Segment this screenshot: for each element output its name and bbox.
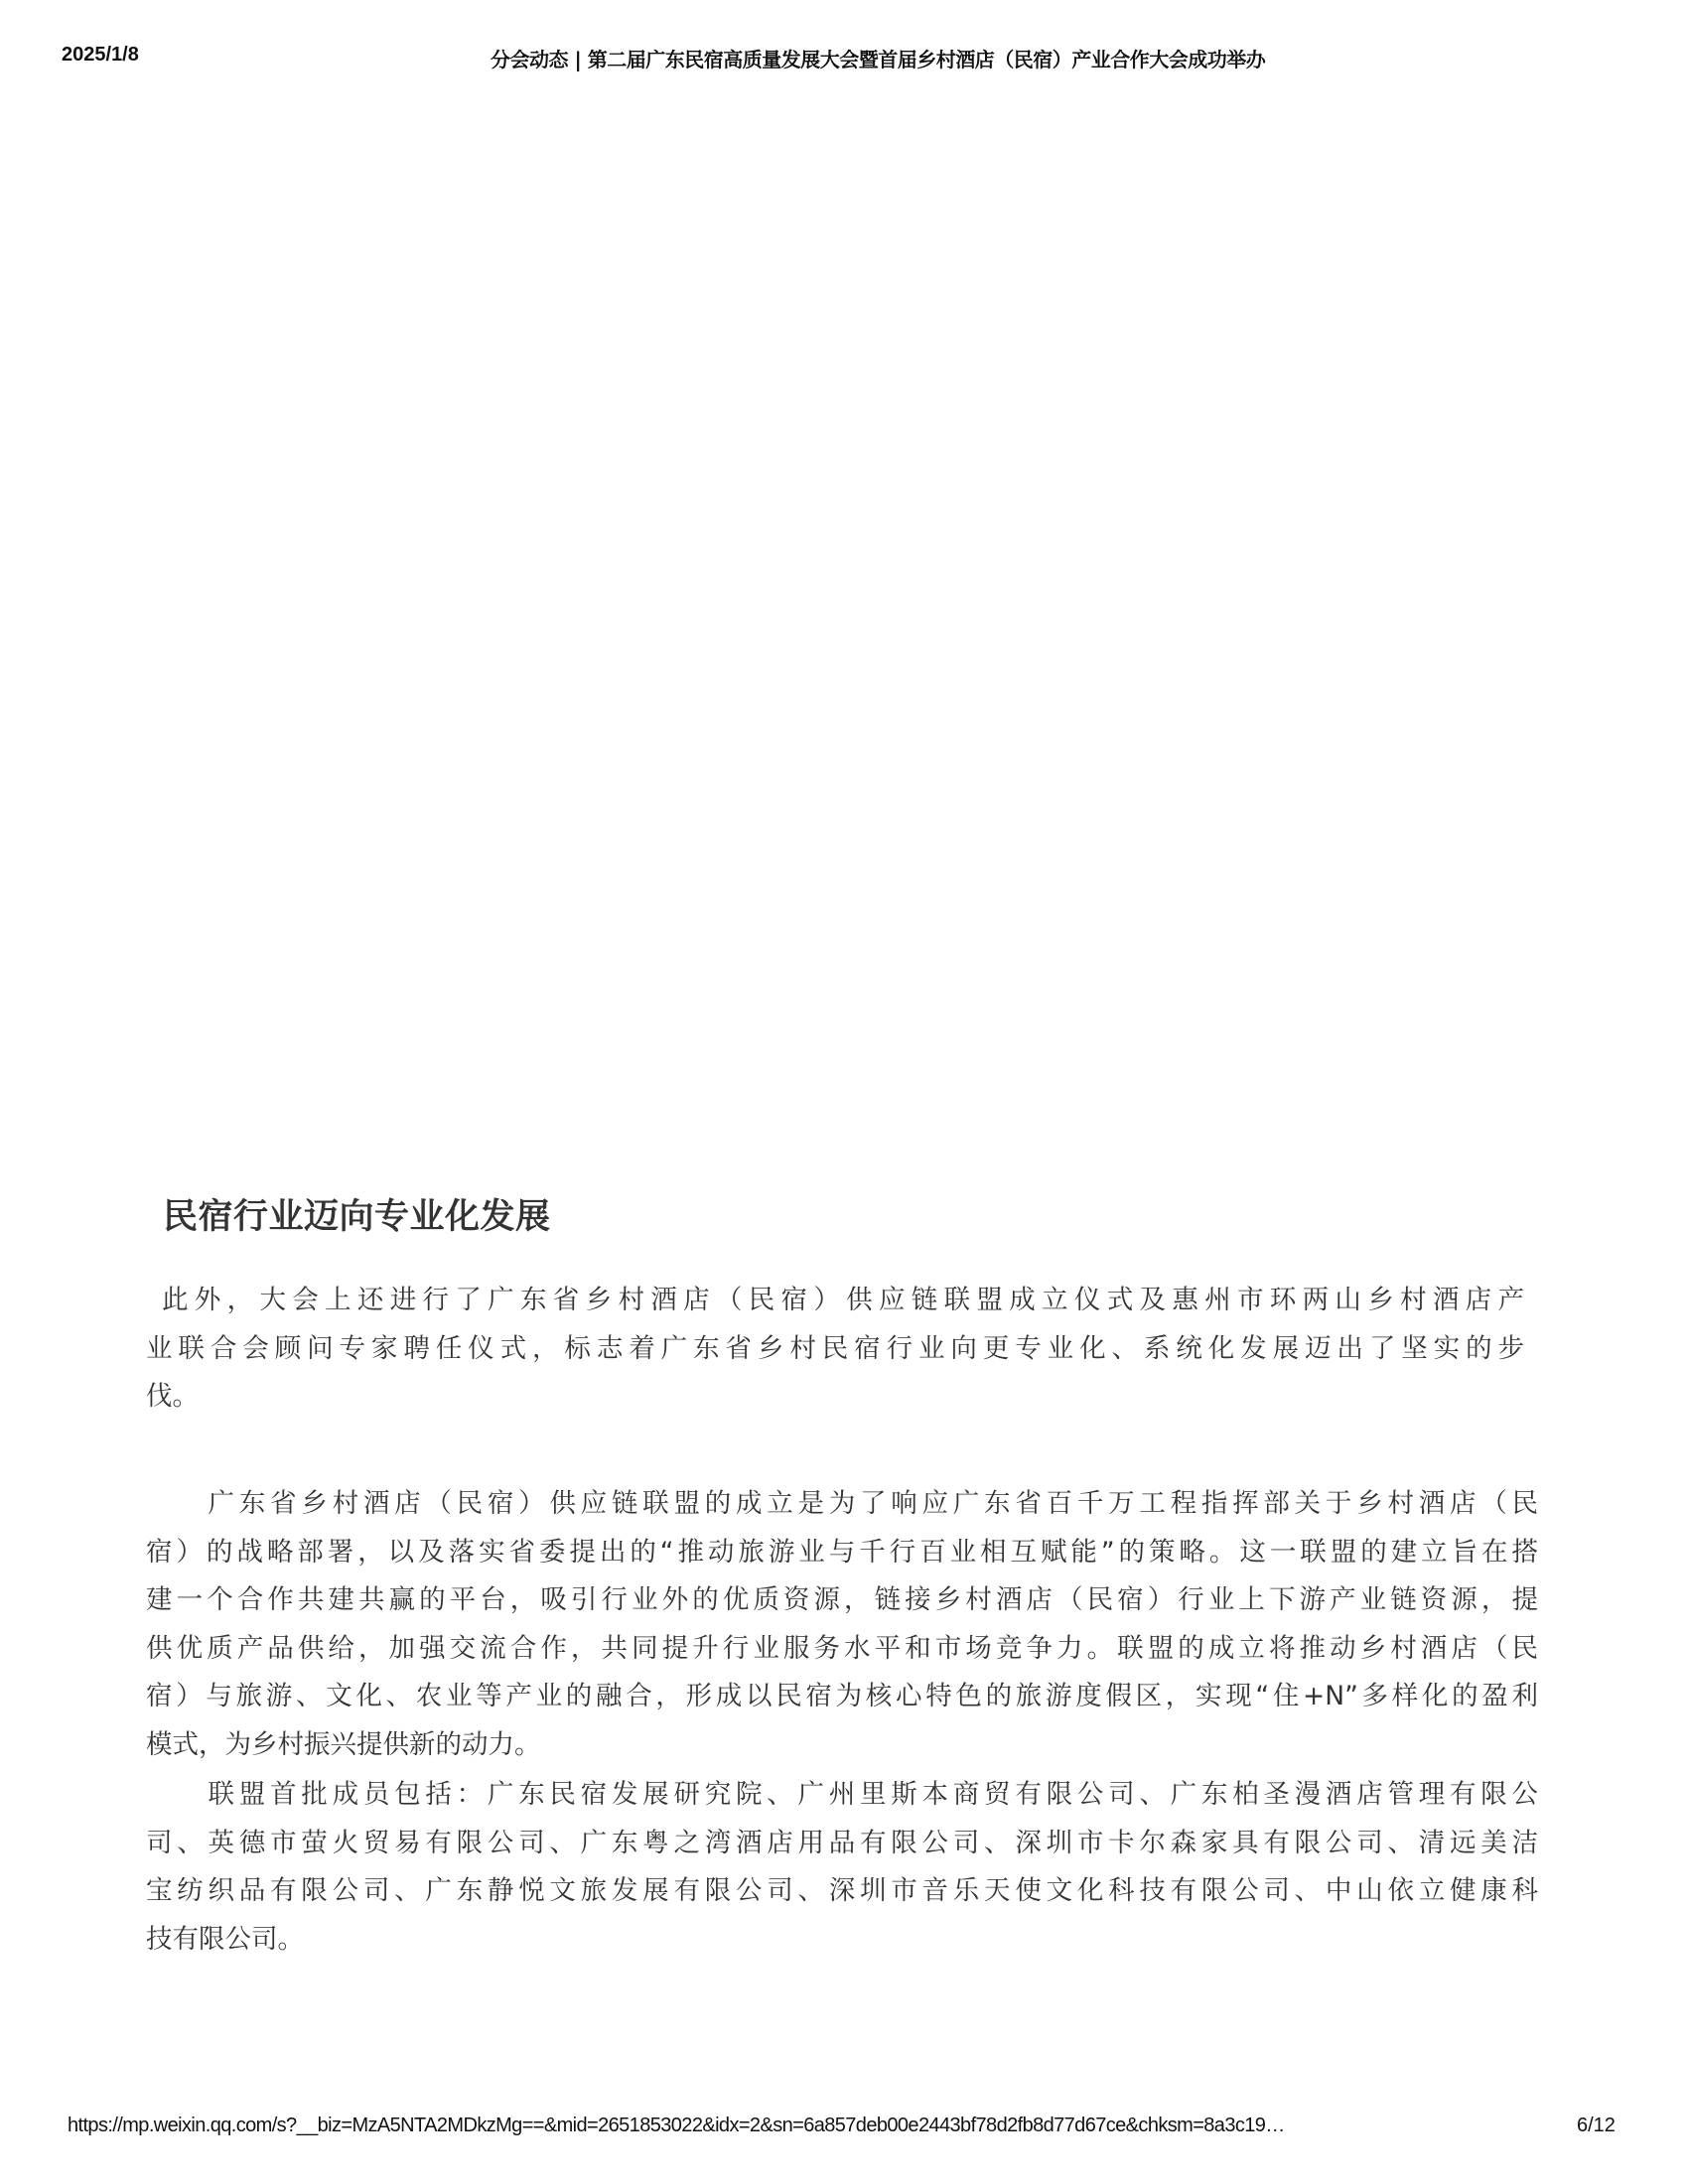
paragraph-line: 宿）与旅游、文化、农业等产业的融合，形成以民宿为核心特色的旅游度假区，实现“住+…: [146, 1673, 1538, 1721]
page-title: 分会动态 | 第二届广东民宿高质量发展大会暨首届乡村酒店（民宿）产业合作大会成功…: [491, 44, 1265, 72]
paragraph-line: 司、英德市萤火贸易有限公司、广东粤之湾酒店用品有限公司、深圳市卡尔森家具有限公司…: [146, 1820, 1538, 1868]
paragraph-line: 供优质产品供给，加强交流合作，共同提升行业服务水平和市场竞争力。联盟的成立将推动…: [146, 1625, 1538, 1674]
paragraph-line: 业联合会顾问专家聘任仪式，标志着广东省乡村民宿行业向更专业化、系统化发展迈出了坚…: [146, 1325, 1524, 1374]
paragraph-line: 宿）的战略部署，以及落实省委提出的“推动旅游业与千行百业相互赋能”的策略。这一联…: [146, 1529, 1538, 1577]
paragraph-line: 技有限公司。: [146, 1916, 1538, 1965]
paragraph-line: 宝纺织品有限公司、广东静悦文旅发展有限公司、深圳市音乐天使文化科技有限公司、中山…: [146, 1867, 1538, 1916]
paragraph-line: 广东省乡村酒店（民宿）供应链联盟的成立是为了响应广东省百千万工程指挥部关于乡村酒…: [146, 1480, 1538, 1529]
paragraph-line: 联盟首批成员包括：广东民宿发展研究院、广州里斯本商贸有限公司、广东柏圣漫酒店管理…: [146, 1771, 1538, 1820]
paragraph-line: 伐。: [146, 1373, 1524, 1422]
article-paragraph-3: 联盟首批成员包括：广东民宿发展研究院、广州里斯本商贸有限公司、广东柏圣漫酒店管理…: [146, 1771, 1538, 1964]
page-indicator: 6/12: [1577, 2115, 1616, 2137]
blank-image-area: [139, 99, 1549, 1152]
section-heading: 民宿行业迈向专业化发展: [163, 1189, 551, 1239]
source-url: https://mp.weixin.qq.com/s?__biz=MzA5NTA…: [68, 2115, 1285, 2137]
paragraph-line: 此外，大会上还进行了广东省乡村酒店（民宿）供应链联盟成立仪式及惠州市环两山乡村酒…: [162, 1277, 1524, 1325]
paragraph-line: 模式，为乡村振兴提供新的动力。: [146, 1721, 1538, 1770]
article-paragraph-2: 广东省乡村酒店（民宿）供应链联盟的成立是为了响应广东省百千万工程指挥部关于乡村酒…: [146, 1480, 1538, 1769]
print-date: 2025/1/8: [62, 44, 139, 67]
paragraph-line: 建一个合作共建共赢的平台，吸引行业外的优质资源，链接乡村酒店（民宿）行业上下游产…: [146, 1576, 1538, 1625]
article-paragraph-1: 此外，大会上还进行了广东省乡村酒店（民宿）供应链联盟成立仪式及惠州市环两山乡村酒…: [162, 1277, 1524, 1422]
